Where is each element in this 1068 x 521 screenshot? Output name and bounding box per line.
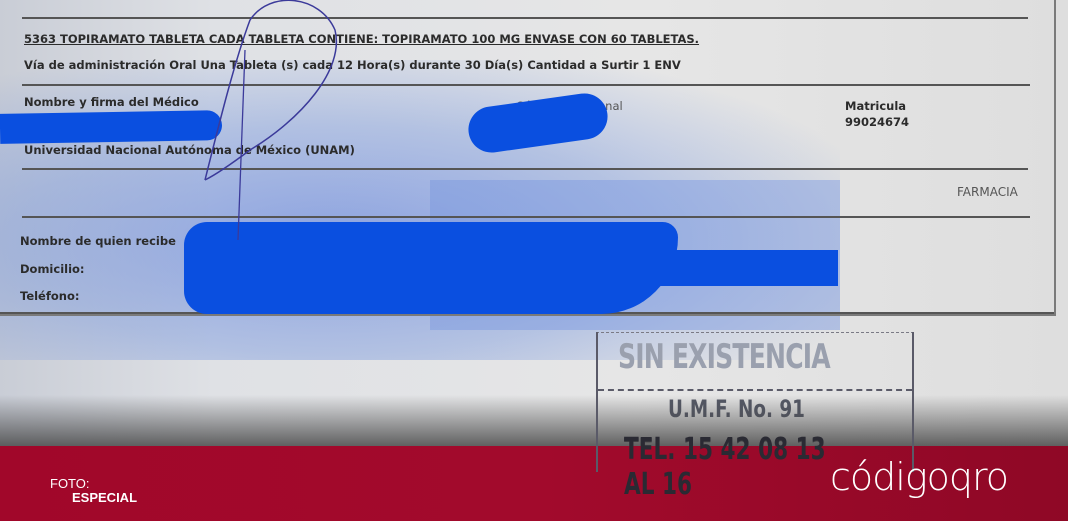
magnifier-target-icon — [940, 466, 990, 516]
stamp-line-1: SIN EXISTENCIA — [618, 337, 830, 377]
signature-scribble — [0, 0, 1068, 320]
stamp-divider — [598, 389, 912, 391]
photo-credit: ESPECIAL — [72, 490, 137, 505]
photo-label: FOTO: — [50, 476, 89, 491]
fold-shadow — [0, 395, 1068, 447]
